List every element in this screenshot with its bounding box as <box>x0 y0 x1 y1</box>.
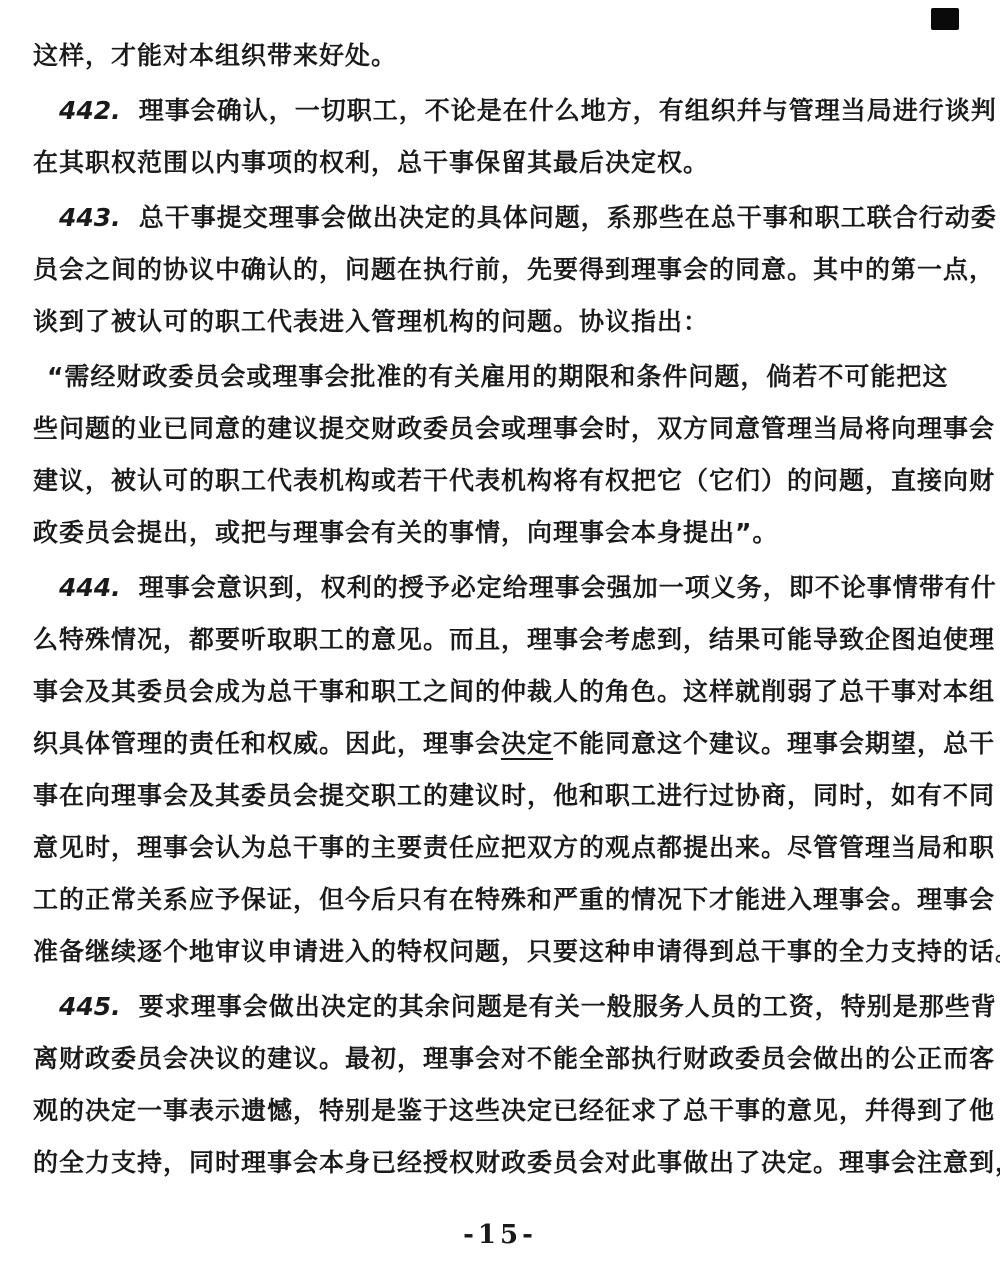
paragraph-442-line-2: 在其职权范围以内事项的权利，总干事保留其最后决定权。 <box>33 137 970 189</box>
paragraph-445-line-2: 离财政委员会决议的建议。最初，理事会对不能全部执行财政委员会做出的公正而客 <box>33 1033 970 1085</box>
paragraph-444-line-4: 织具体管理的责任和权威。因此，理事会决定不能同意这个建议。理事会期望，总干 <box>33 718 970 770</box>
quote-line-4: 政委员会提出，或把与理事会有关的事情，向理事会本身提出”。 <box>33 507 970 559</box>
paragraph-444-line-8: 准备继续逐个地审议申请进入的特权问题，只要这种申请得到总干事的全力支持的话。 <box>33 926 970 978</box>
paragraph-444-line-2: 么特殊情况，都要听取职工的意见。而且，理事会考虑到，结果可能导致企图迫使理 <box>33 614 970 666</box>
paragraph-445-line-3: 观的决定一事表示遗憾，特别是鉴于这些决定已经征求了总干事的意见，幷得到了他 <box>33 1085 970 1137</box>
paragraph-445: 445.要求理事会做出决定的其余问题是有关一般服务人员的工资，特别是那些背 离财… <box>33 981 970 1189</box>
paragraph-445-number: 445. <box>59 992 121 1021</box>
paragraph-444-text: 理事会意识到，权利的授予必定给理事会强加一项义务，即不论事情带有什 <box>139 573 997 602</box>
scanned-document-page: 这样，才能对本组织带来好处。 442.理事会确认，一切职工，不论是在什么地方，有… <box>0 0 1000 1280</box>
paragraph-443: 443.总干事提交理事会做出决定的具体问题，系那些在总干事和职工联合行动委 员会… <box>33 192 970 348</box>
page-number: -15- <box>0 1220 1000 1250</box>
quote-line-1: “需经财政委员会或理事会批准的有关雇用的期限和条件问题，倘若不可能把这 <box>33 351 970 403</box>
paragraph-442-line-1: 442.理事会确认，一切职工，不论是在什么地方，有组织幷与管理当局进行谈判 <box>33 85 970 137</box>
paragraph-443-text: 总干事提交理事会做出决定的具体问题，系那些在总干事和职工联合行动委 <box>139 203 997 232</box>
paragraph-443-line-3: 谈到了被认可的职工代表进入管理机构的问题。协议指出： <box>33 296 970 348</box>
paragraph-445-text: 要求理事会做出决定的其余问题是有关一般服务人员的工资，特别是那些背 <box>139 992 997 1021</box>
paragraph-444-line-7: 工的正常关系应予保证，但今后只有在特殊和严重的情况下才能进入理事会。理事会 <box>33 874 970 926</box>
paragraph-442: 442.理事会确认，一切职工，不论是在什么地方，有组织幷与管理当局进行谈判 在其… <box>33 85 970 189</box>
paragraph-444-line-3: 事会及其委员会成为总干事和职工之间的仲裁人的角色。这样就削弱了总干事对本组 <box>33 666 970 718</box>
paragraph-444-line-6: 意见时，理事会认为总干事的主要责任应把双方的观点都提出来。尽管管理当局和职 <box>33 822 970 874</box>
paragraph-443-line-2: 员会之间的协议中确认的，问题在执行前，先要得到理事会的同意。其中的第一点， <box>33 244 970 296</box>
quote-line-2: 些问题的业已同意的建议提交财政委员会或理事会时，双方同意管理当局将向理事会 <box>33 403 970 455</box>
paragraph-444-line-1: 444.理事会意识到，权利的授予必定给理事会强加一项义务，即不论事情带有什 <box>33 562 970 614</box>
paragraph-445-line-4: 的全力支持，同时理事会本身已经授权财政委员会对此事做出了决定。理事会注意到， <box>33 1137 970 1189</box>
scan-corner-mark <box>931 8 959 30</box>
paragraph-443-line-1: 443.总干事提交理事会做出决定的具体问题，系那些在总干事和职工联合行动委 <box>33 192 970 244</box>
paragraph-444: 444.理事会意识到，权利的授予必定给理事会强加一项义务，即不论事情带有什 么特… <box>33 562 970 978</box>
document-body: 这样，才能对本组织带来好处。 442.理事会确认，一切职工，不论是在什么地方，有… <box>33 30 970 1189</box>
paragraph-444-underlined-term: 决定 <box>501 729 553 758</box>
paragraph-444-line-4-post: 不能同意这个建议。理事会期望，总干 <box>553 729 995 758</box>
paragraph-443-number: 443. <box>59 203 121 232</box>
paragraph-442-number: 442. <box>59 96 121 125</box>
paragraph-442-text: 理事会确认，一切职工，不论是在什么地方，有组织幷与管理当局进行谈判 <box>139 96 997 125</box>
paragraph-445-line-1: 445.要求理事会做出决定的其余问题是有关一般服务人员的工资，特别是那些背 <box>33 981 970 1033</box>
paragraph-444-line-4-pre: 织具体管理的责任和权威。因此，理事会 <box>33 729 501 758</box>
intro-line: 这样，才能对本组织带来好处。 <box>33 30 970 82</box>
quote-line-3: 建议，被认可的职工代表机构或若干代表机构将有权把它（它们）的问题，直接向财 <box>33 455 970 507</box>
block-quote: “需经财政委员会或理事会批准的有关雇用的期限和条件问题，倘若不可能把这 些问题的… <box>33 351 970 559</box>
paragraph-444-line-5: 事在向理事会及其委员会提交职工的建议时，他和职工进行过协商，同时，如有不同 <box>33 770 970 822</box>
paragraph-444-number: 444. <box>59 573 121 602</box>
